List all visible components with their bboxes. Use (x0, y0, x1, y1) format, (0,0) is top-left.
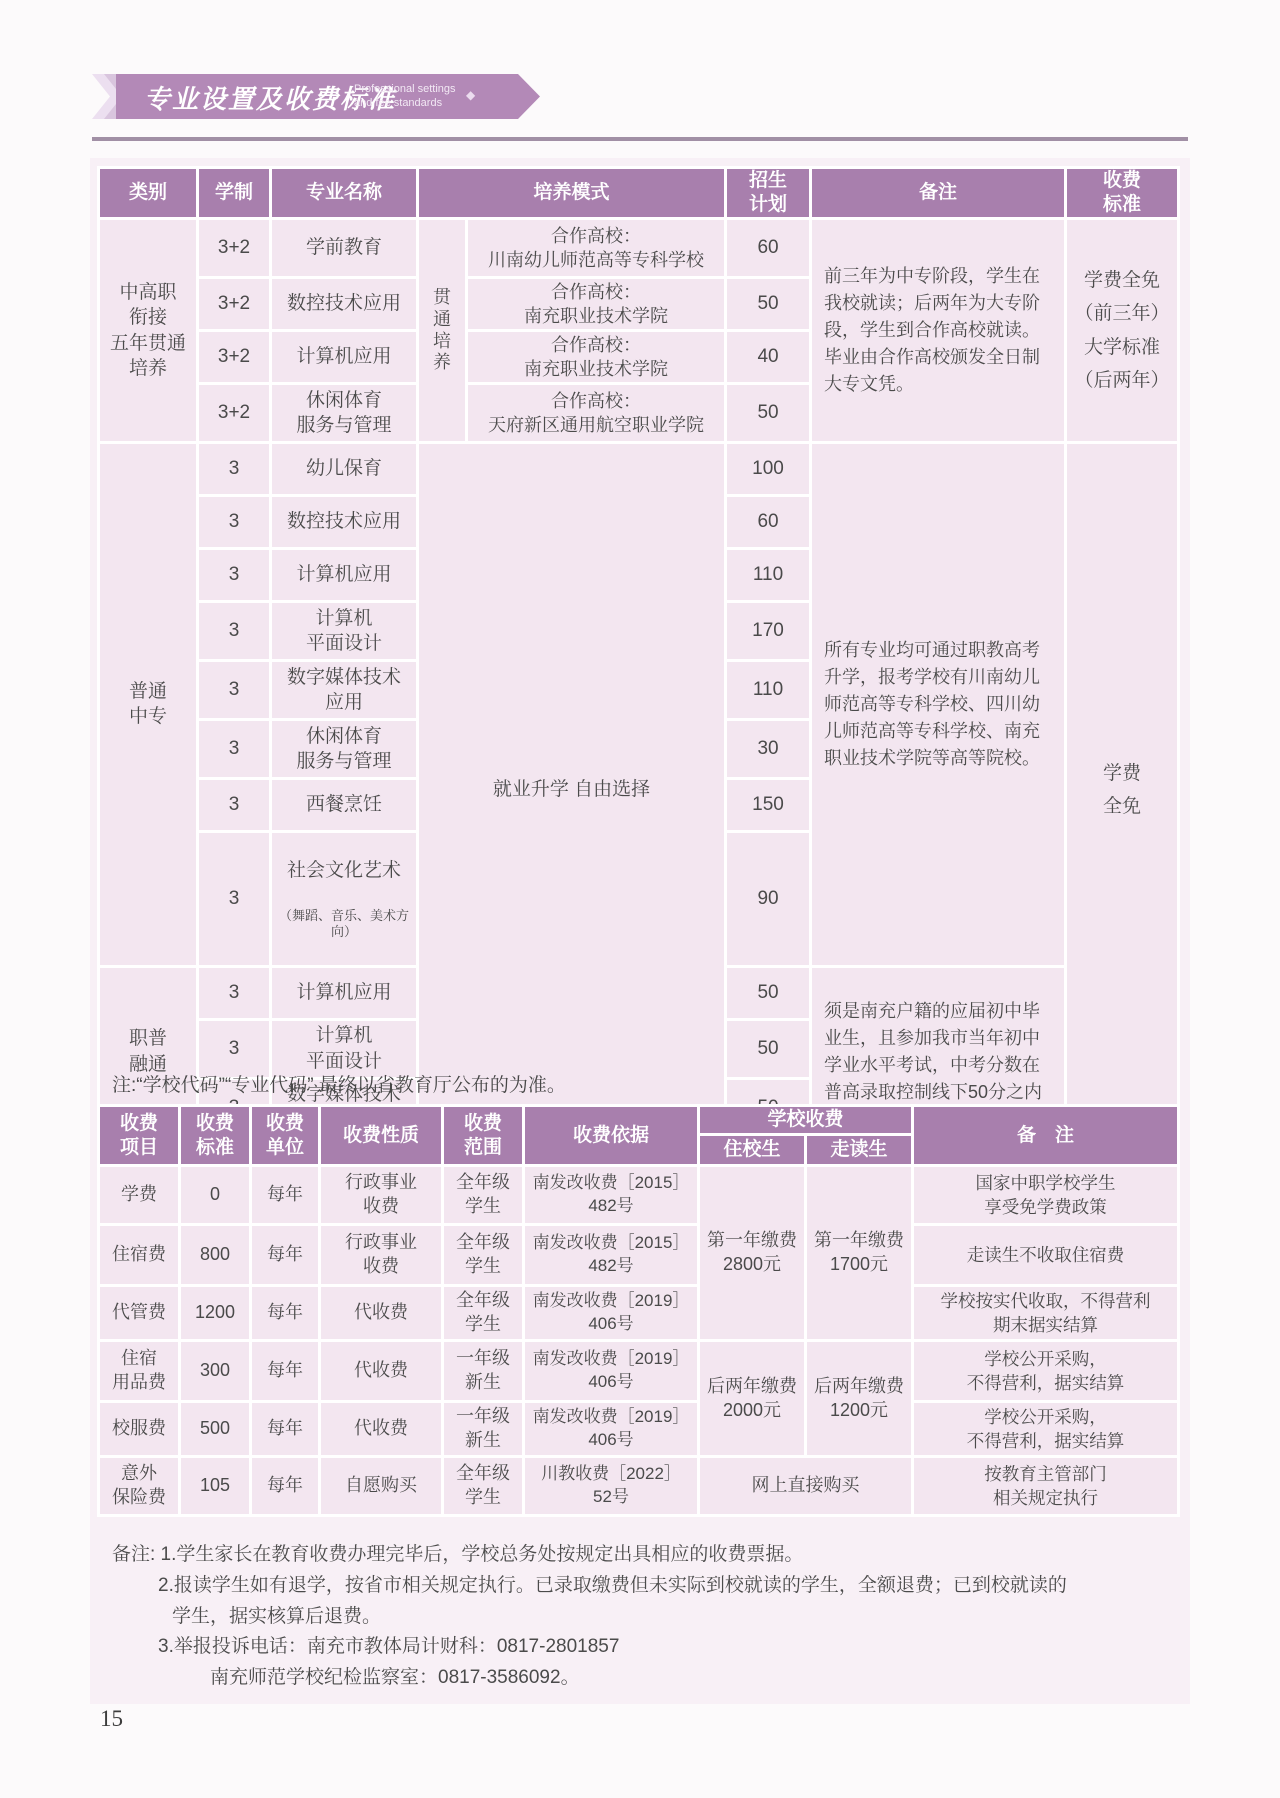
t2-range-cell: 全年级 学生 (444, 1287, 522, 1339)
t2-nature-cell: 自愿购买 (321, 1458, 441, 1514)
t2-header-school-fee: 学校收费 (700, 1107, 911, 1133)
t2-basis-cell: 南发改收费［2019］ 406号 (525, 1287, 697, 1339)
t2-boarder-first-years: 第一年缴费 2800元 (700, 1167, 804, 1339)
t1-major-cell: 计算机 平面设计 (272, 1021, 416, 1077)
t2-header-boarder: 住校生 (700, 1136, 804, 1164)
t1-major-cell: 幼儿保育 (272, 444, 416, 494)
t2-remark-cell: 学校公开采购， 不得营利，据实结算 (914, 1342, 1177, 1400)
t1-fee-shared: 学费 全免 (1067, 444, 1177, 1136)
t1-major-main: 社会文化艺术 (276, 858, 412, 883)
t1-header-duration: 学制 (199, 169, 269, 217)
page-subtitle: Professional settings and fee standards (354, 82, 456, 111)
t2-header-item: 收费 项目 (100, 1107, 178, 1164)
code-note: 注:“学校代码”“专业代码” 最终以省教育厅公布的为准。 (112, 1070, 566, 1097)
t1-header-category: 类别 (100, 169, 196, 217)
table-header-row: 收费 项目 收费 标准 收费 单位 收费性质 收费 范围 收费依据 学校收费 备… (100, 1107, 1177, 1133)
t2-basis-cell: 南发改收费［2019］ 406号 (525, 1342, 697, 1400)
t1-major-cell: 休闲体育 服务与管理 (272, 385, 416, 441)
t2-basis-cell: 川教收费［2022］ 52号 (525, 1458, 697, 1514)
t1-plan-cell: 100 (727, 444, 809, 494)
t1-duration-cell: 3 (199, 444, 269, 494)
t2-standard-cell: 800 (181, 1226, 249, 1284)
t1-partner-cell: 合作高校： 南充职业技术学院 (468, 279, 724, 329)
t1-plan-cell: 150 (727, 780, 809, 830)
t1-plan-cell: 50 (727, 968, 809, 1018)
t1-remark-group1: 前三年为中专阶段，学生在我校就读；后两年为大专阶段，学生到合作高校就读。毕业由合… (812, 220, 1064, 441)
t2-range-cell: 一年级 新生 (444, 1342, 522, 1400)
section-banner: 专业设置及收费标准 Professional settings and fee … (92, 74, 552, 119)
t1-plan-cell: 60 (727, 220, 809, 276)
t2-header-unit: 收费 单位 (252, 1107, 318, 1164)
t2-item-cell: 住宿费 (100, 1226, 178, 1284)
t2-online-purchase: 网上直接购买 (700, 1458, 911, 1514)
header-divider (92, 137, 1188, 141)
t1-header-plan: 招生 计划 (727, 169, 809, 217)
t1-duration-cell: 3+2 (199, 220, 269, 276)
t1-category-group2: 普通 中专 (100, 444, 196, 965)
t1-partner-cell: 合作高校： 天府新区通用航空职业学院 (468, 385, 724, 441)
t2-header-standard: 收费 标准 (181, 1107, 249, 1164)
footer-note-line: 南充师范学校纪检监察室：0817-3586092。 (112, 1663, 1102, 1694)
t2-day-first-years: 第一年缴费 1700元 (807, 1167, 911, 1339)
t2-nature-cell: 行政事业 收费 (321, 1226, 441, 1284)
t1-major-cell: 学前教育 (272, 220, 416, 276)
t1-major-cell: 西餐烹饪 (272, 780, 416, 830)
t2-nature-cell: 代收费 (321, 1342, 441, 1400)
table-header-row: 类别 学制 专业名称 培养模式 招生 计划 备注 收费 标准 (100, 169, 1177, 217)
footer-note-line: 3.举报投诉电话：南充市教体局计财科：0817-2801857 (112, 1632, 1102, 1663)
t1-duration-cell: 3 (199, 603, 269, 659)
t1-plan-cell: 40 (727, 332, 809, 382)
majors-table: 类别 学制 专业名称 培养模式 招生 计划 备注 收费 标准 中高职 衔接 五年… (97, 166, 1180, 1139)
t1-plan-cell: 110 (727, 550, 809, 600)
t2-remark-cell: 国家中职学校学生 享受免学费政策 (914, 1167, 1177, 1223)
t1-duration-cell: 3 (199, 662, 269, 718)
footer-note-line: 备注: 1.学生家长在教育收费办理完毕后，学校总务处按规定出具相应的收费票据。 (112, 1540, 1102, 1571)
t2-unit-cell: 每年 (252, 1226, 318, 1284)
t1-plan-cell: 50 (727, 1021, 809, 1077)
t1-duration-cell: 3 (199, 721, 269, 777)
t2-unit-cell: 每年 (252, 1167, 318, 1223)
t1-plan-cell: 50 (727, 279, 809, 329)
t2-header-nature: 收费性质 (321, 1107, 441, 1164)
t2-boarder-later-years: 后两年缴费 2000元 (700, 1342, 804, 1455)
t1-plan-cell: 60 (727, 497, 809, 547)
t1-mode-vertical: 贯 通 培 养 (419, 220, 465, 441)
t2-standard-cell: 0 (181, 1167, 249, 1223)
diamond-icon: ◆ (466, 88, 475, 102)
t1-remark-group2: 所有专业均可通过职教高考升学，报考学校有川南幼儿师范高等专科学校、四川幼儿师范高… (812, 444, 1064, 965)
t2-item-cell: 意外 保险费 (100, 1458, 178, 1514)
t1-duration-cell: 3 (199, 833, 269, 965)
t1-partner-cell: 合作高校： 川南幼儿师范高等专科学校 (468, 220, 724, 276)
t1-duration-cell: 3+2 (199, 332, 269, 382)
table-row: 代管费 1200 每年 代收费 全年级 学生 南发改收费［2019］ 406号 … (100, 1287, 1177, 1339)
t2-unit-cell: 每年 (252, 1458, 318, 1514)
footer-notes: 备注: 1.学生家长在教育收费办理完毕后，学校总务处按规定出具相应的收费票据。 … (112, 1540, 1102, 1694)
t1-duration-cell: 3 (199, 550, 269, 600)
t1-plan-cell: 110 (727, 662, 809, 718)
t2-basis-cell: 南发改收费［2015］ 482号 (525, 1167, 697, 1223)
table-row: 校服费 500 每年 代收费 一年级 新生 南发改收费［2019］ 406号 学… (100, 1403, 1177, 1455)
page-number: 15 (100, 1706, 123, 1732)
t2-header-basis: 收费依据 (525, 1107, 697, 1164)
t2-header-remark: 备 注 (914, 1107, 1177, 1164)
t2-nature-cell: 代收费 (321, 1287, 441, 1339)
fees-table: 收费 项目 收费 标准 收费 单位 收费性质 收费 范围 收费依据 学校收费 备… (97, 1104, 1180, 1517)
t1-header-major: 专业名称 (272, 169, 416, 217)
table-row: 普通 中专 3 幼儿保育 就业升学 自由选择 100 所有专业均可通过职教高考升… (100, 444, 1177, 494)
t1-header-mode: 培养模式 (419, 169, 724, 217)
footer-note-line: 2.报读学生如有退学，按省市相关规定执行。已录取缴费但未实际到校就读的学生，全额… (112, 1571, 1102, 1602)
t1-plan-cell: 90 (727, 833, 809, 965)
table-row: 住宿费 800 每年 行政事业 收费 全年级 学生 南发改收费［2015］ 48… (100, 1226, 1177, 1284)
t1-mode-shared: 就业升学 自由选择 (419, 444, 724, 1136)
t1-major-sub: （舞蹈、音乐、美术方向） (276, 908, 412, 939)
t2-basis-cell: 南发改收费［2019］ 406号 (525, 1403, 697, 1455)
table-row: 中高职 衔接 五年贯通 培养 3+2 学前教育 贯 通 培 养 合作高校： 川南… (100, 220, 1177, 276)
t1-plan-cell: 170 (727, 603, 809, 659)
t1-major-cell: 计算机应用 (272, 968, 416, 1018)
t2-range-cell: 全年级 学生 (444, 1458, 522, 1514)
t2-remark-cell: 按教育主管部门 相关规定执行 (914, 1458, 1177, 1514)
page-subtitle-line2: and fee standards (354, 96, 456, 110)
t2-standard-cell: 300 (181, 1342, 249, 1400)
footer-note-line: 学生，据实核算后退费。 (112, 1602, 1102, 1633)
t2-range-cell: 一年级 新生 (444, 1403, 522, 1455)
table-row: 学费 0 每年 行政事业 收费 全年级 学生 南发改收费［2015］ 482号 … (100, 1167, 1177, 1223)
t1-duration-cell: 3 (199, 968, 269, 1018)
t2-item-cell: 住宿 用品费 (100, 1342, 178, 1400)
t1-plan-cell: 30 (727, 721, 809, 777)
t2-unit-cell: 每年 (252, 1342, 318, 1400)
t1-major-cell: 数控技术应用 (272, 497, 416, 547)
t2-item-cell: 代管费 (100, 1287, 178, 1339)
t1-header-remark: 备注 (812, 169, 1064, 217)
t1-duration-cell: 3 (199, 1021, 269, 1077)
t2-unit-cell: 每年 (252, 1403, 318, 1455)
page-subtitle-line1: Professional settings (354, 82, 456, 96)
t1-plan-cell: 50 (727, 385, 809, 441)
t2-item-cell: 校服费 (100, 1403, 178, 1455)
t1-major-cell: 数字媒体技术 应用 (272, 662, 416, 718)
t2-standard-cell: 105 (181, 1458, 249, 1514)
t2-header-range: 收费 范围 (444, 1107, 522, 1164)
t1-major-cell: 社会文化艺术 （舞蹈、音乐、美术方向） (272, 833, 416, 965)
t1-fee-group1: 学费全免 （前三年） 大学标准 （后两年） (1067, 220, 1177, 441)
t2-standard-cell: 500 (181, 1403, 249, 1455)
t2-range-cell: 全年级 学生 (444, 1226, 522, 1284)
t1-category-group1: 中高职 衔接 五年贯通 培养 (100, 220, 196, 441)
t2-day-later-years: 后两年缴费 1200元 (807, 1342, 911, 1455)
t1-major-cell: 休闲体育 服务与管理 (272, 721, 416, 777)
t1-partner-cell: 合作高校： 南充职业技术学院 (468, 332, 724, 382)
t2-remark-cell: 学校按实代收取，不得营利 期末据实结算 (914, 1287, 1177, 1339)
table-row: 意外 保险费 105 每年 自愿购买 全年级 学生 川教收费［2022］ 52号… (100, 1458, 1177, 1514)
t2-item-cell: 学费 (100, 1167, 178, 1223)
table-row: 住宿 用品费 300 每年 代收费 一年级 新生 南发改收费［2019］ 406… (100, 1342, 1177, 1400)
t1-major-cell: 计算机应用 (272, 550, 416, 600)
t1-header-fee: 收费 标准 (1067, 169, 1177, 217)
t2-basis-cell: 南发改收费［2015］ 482号 (525, 1226, 697, 1284)
t2-nature-cell: 代收费 (321, 1403, 441, 1455)
t1-duration-cell: 3+2 (199, 385, 269, 441)
t1-duration-cell: 3 (199, 780, 269, 830)
t2-remark-cell: 走读生不收取住宿费 (914, 1226, 1177, 1284)
page: { "page": {"number": "15"}, "header": { … (0, 0, 1280, 1798)
t2-remark-cell: 学校公开采购， 不得营利，据实结算 (914, 1403, 1177, 1455)
t2-range-cell: 全年级 学生 (444, 1167, 522, 1223)
t1-major-cell: 计算机 平面设计 (272, 603, 416, 659)
t1-duration-cell: 3 (199, 497, 269, 547)
t1-duration-cell: 3+2 (199, 279, 269, 329)
t2-unit-cell: 每年 (252, 1287, 318, 1339)
t2-nature-cell: 行政事业 收费 (321, 1167, 441, 1223)
t1-major-cell: 计算机应用 (272, 332, 416, 382)
t2-header-day-student: 走读生 (807, 1136, 911, 1164)
t1-major-cell: 数控技术应用 (272, 279, 416, 329)
t2-standard-cell: 1200 (181, 1287, 249, 1339)
